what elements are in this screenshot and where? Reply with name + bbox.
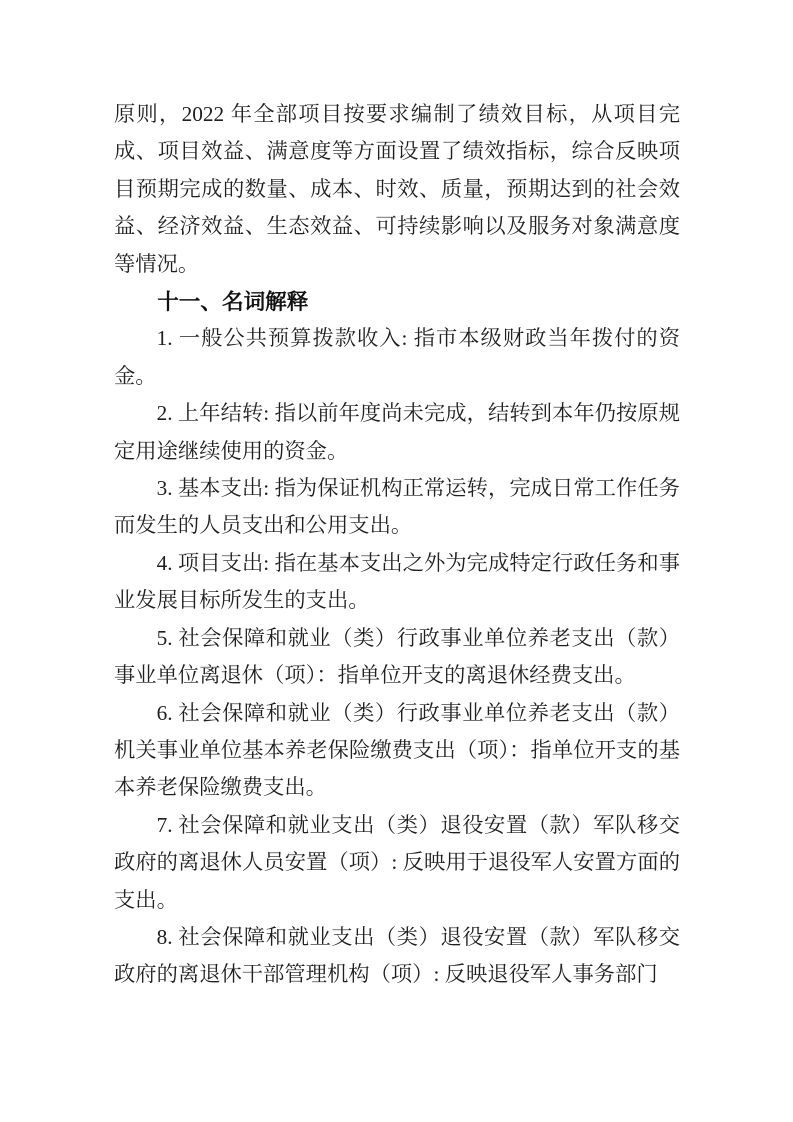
term-definition-5: 5. 社会保障和就业（类）行政事业单位养老支出（款）事业单位离退休（项）：指单位… [114,620,680,695]
term-definition-6: 6. 社会保障和就业（类）行政事业单位养老支出（款）机关事业单位基本养老保险缴费… [114,695,680,807]
term-definition-3: 3. 基本支出: 指为保证机构正常运转，完成日常工作任务而发生的人员支出和公用支… [114,470,680,545]
term-definition-4: 4. 项目支出: 指在基本支出之外为完成特定行政任务和事业发展目标所发生的支出。 [114,545,680,620]
term-definition-8: 8. 社会保障和就业支出（类）退役安置（款）军队移交政府的离退休干部管理机构（项… [114,919,680,994]
continued-paragraph: 原则，2022 年全部项目按要求编制了绩效目标，从项目完成、项目效益、满意度等方… [114,96,680,283]
document-page: 原则，2022 年全部项目按要求编制了绩效目标，从项目完成、项目效益、满意度等方… [0,0,793,1122]
section-heading: 十一、名词解释 [114,283,680,320]
term-definition-1: 1. 一般公共预算拨款收入: 指市本级财政当年拨付的资金。 [114,320,680,395]
text-block: 原则，2022 年全部项目按要求编制了绩效目标，从项目完成、项目效益、满意度等方… [114,96,680,994]
term-definition-7: 7. 社会保障和就业支出（类）退役安置（款）军队移交政府的离退休人员安置（项）:… [114,807,680,919]
term-definition-2: 2. 上年结转: 指以前年度尚未完成，结转到本年仍按原规定用途继续使用的资金。 [114,395,680,470]
